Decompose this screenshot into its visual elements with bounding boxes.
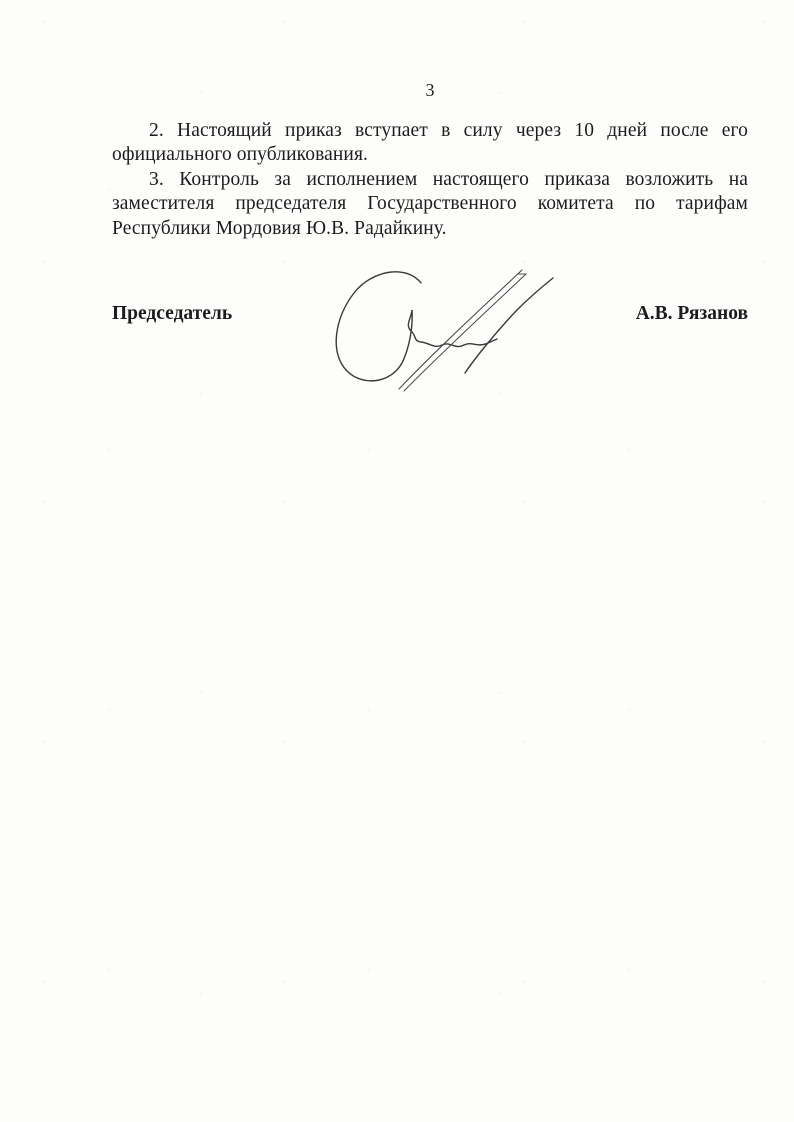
handwritten-signature [325,255,563,397]
content-column: 3 2. Настоящий приказ вступает в силу че… [112,80,748,241]
paragraph-control-assignment: 3. Контроль за исполнением настоящего пр… [112,168,748,241]
signer-name: А.В. Рязанов [636,302,748,326]
body-text: 2. Настоящий приказ вступает в силу чере… [112,119,748,241]
signer-title: Председатель [112,302,232,326]
document-page: 3 2. Настоящий приказ вступает в силу че… [0,0,794,1122]
page-number: 3 [112,80,748,101]
paragraph-order-effective: 2. Настоящий приказ вступает в силу чере… [112,119,748,168]
